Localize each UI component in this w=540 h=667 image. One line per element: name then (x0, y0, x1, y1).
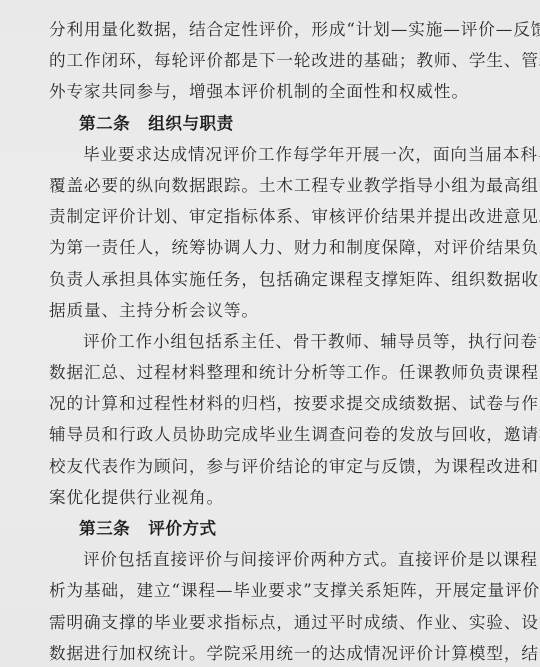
paragraph-evaluation-methods: 评价包括直接评价与间接评价两种方式。直接评价是以课程目标达成分 析为基础，建立“… (49, 544, 491, 667)
text-line: 外专家共同参与，增强本评价机制的全面性和权威性。 (49, 76, 491, 107)
text-line: 分利用量化数据，结合定性评价，形成“计划—实施—评价—反馈—改进” (49, 14, 491, 45)
text-line: 数据进行加权统计。学院采用统一的达成情况评价计算模型，结合课程性质 (49, 638, 491, 667)
text-line: 的工作闭环，每轮评价都是下一轮改进的基础；教师、学生、管理人员、校 (49, 45, 491, 76)
document-page: 分利用量化数据，结合定性评价，形成“计划—实施—评价—反馈—改进” 的工作闭环，… (49, 14, 491, 667)
text-line: 负责人承担具体实施任务，包括确定课程支撑矩阵、组织数据收集、审核数 (49, 264, 491, 295)
text-line: 责制定评价计划、审定指标体系、审核评价结果并提出改进意见。学院院长 (49, 201, 491, 232)
text-line: 评价包括直接评价与间接评价两种方式。直接评价是以课程目标达成分 (49, 544, 491, 575)
text-line: 况的计算和过程性材料的归档，按要求提交成绩数据、试卷与作业等资料。 (49, 388, 491, 419)
text-line: 毕业要求达成情况评价工作每学年开展一次，面向当届本科毕业生，并 (49, 139, 491, 170)
section-heading-article-2: 第二条组织与职责 (49, 108, 491, 139)
paragraph-closed-loop: 分利用量化数据，结合定性评价，形成“计划—实施—评价—反馈—改进” 的工作闭环，… (49, 14, 491, 108)
section-heading-article-3: 第三条评价方式 (49, 513, 491, 544)
paragraph-organization: 毕业要求达成情况评价工作每学年开展一次，面向当届本科毕业生，并 覆盖必要的纵向数… (49, 139, 491, 326)
text-line: 数据汇总、过程材料整理和统计分析等工作。任课教师负责课程目标达成情 (49, 357, 491, 388)
text-line: 覆盖必要的纵向数据跟踪。土木工程专业教学指导小组为最高组织机构，负 (49, 170, 491, 201)
article-number: 第二条 (79, 114, 130, 133)
text-line: 需明确支撑的毕业要求指标点，通过平时成绩、作业、实验、设计、考试等 (49, 607, 491, 638)
text-line: 校友代表作为顾问，参与评价结论的审定与反馈，为课程改进和人才培养方 (49, 451, 491, 482)
text-line: 辅导员和行政人员协助完成毕业生调查问卷的发放与回收，邀请校外专家与 (49, 419, 491, 450)
text-line: 析为基础，建立“课程—毕业要求”支撑关系矩阵，开展定量评价。各课程 (49, 575, 491, 606)
paragraph-working-group: 评价工作小组包括系主任、骨干教师、辅导员等，执行问卷设计、成绩 数据汇总、过程材… (49, 326, 491, 513)
text-line: 评价工作小组包括系主任、骨干教师、辅导员等，执行问卷设计、成绩 (49, 326, 491, 357)
text-line: 为第一责任人，统筹协调人力、财力和制度保障，对评价结果负总责。专业 (49, 232, 491, 263)
text-line: 案优化提供行业视角。 (49, 482, 491, 513)
article-number: 第三条 (79, 519, 130, 538)
article-title: 评价方式 (148, 519, 216, 538)
article-title: 组织与职责 (148, 114, 233, 133)
text-line: 据质量、主持分析会议等。 (49, 295, 491, 326)
